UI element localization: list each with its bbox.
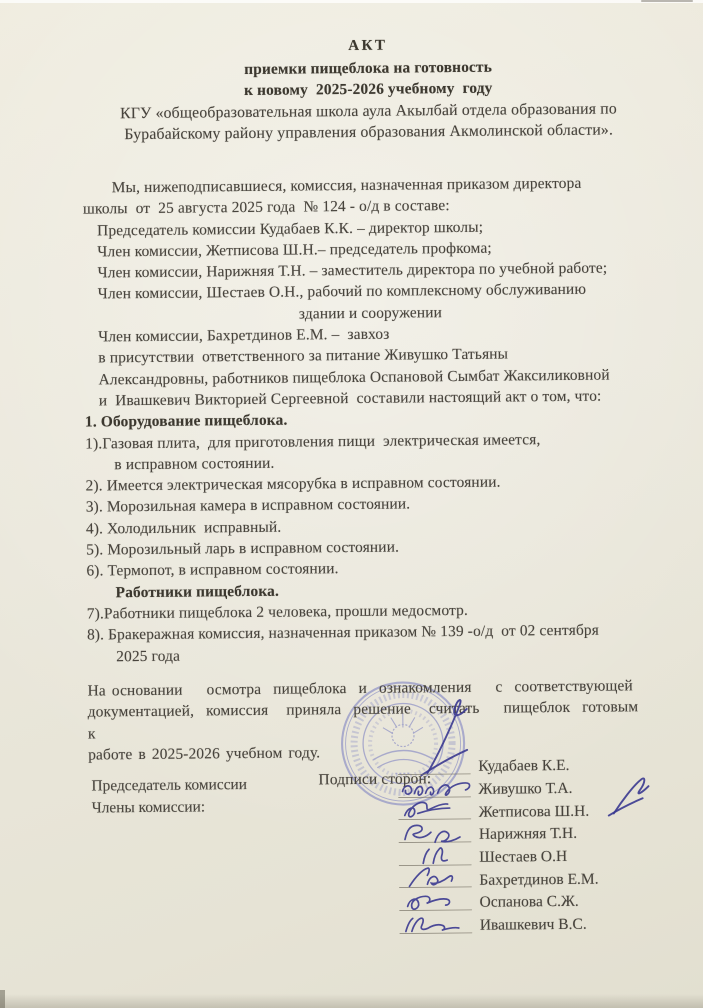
signatory-name: Оспанова С.Ж.: [480, 893, 579, 912]
signature-ink-icon: [397, 866, 475, 893]
signature-ink-icon: [397, 889, 475, 916]
signatory-name: Нарижняя Т.Н.: [479, 825, 577, 844]
signatory-row: Нарижняя Т.Н.: [479, 823, 598, 847]
signatory-row: Оспанова С.Ж.: [480, 891, 599, 915]
document-text: АКТ приемки пищеблока на готовность к но…: [81, 0, 662, 793]
photo-corner-shadow: [0, 990, 5, 1008]
signatory-name: Шестаев О.Н: [479, 848, 567, 867]
signatory-name: Жетписова Ш.Н.: [479, 802, 590, 821]
signatory-name: Ивашкевич В.С.: [480, 916, 587, 935]
document-header: АКТ приемки пищеблока на готовность к но…: [81, 33, 655, 146]
signatory-row: Ивашкевич В.С.: [480, 913, 599, 937]
signature-ink-icon: [397, 821, 475, 848]
conclusion-line: работе в 2025-2026 учебном году.: [88, 739, 661, 766]
signatures-heading-text: Подписи сторон:: [88, 766, 661, 793]
signature-ink-icon: [397, 844, 475, 871]
scanned-document-page: АКТ приемки пищеблока на готовность к но…: [0, 0, 703, 1008]
signatory-name: Бахретдинов Е.М.: [479, 870, 598, 889]
document-body: Мы, нижеподписавшиеся, комиссия, назначе…: [83, 172, 661, 667]
signatory-row: Шестаев О.Н: [479, 845, 598, 869]
signatory-row: Жетписова Ш.Н.: [479, 800, 598, 824]
signatory-row: Бахретдинов Е.М.: [479, 868, 598, 892]
signature-role-label-members: Члены комиссии:: [92, 798, 206, 817]
conclusion-paragraph: На основании осмотра пищеблока и ознаком…: [87, 675, 661, 766]
signatures-heading: Подписи сторон:: [88, 766, 661, 793]
organization-name-line-2: Бурабайскому району управления образован…: [82, 119, 655, 146]
conclusion-line: документацией, комиссия приняла решение …: [88, 696, 661, 744]
document-content: АКТ приемки пищеблока на готовность к но…: [0, 0, 703, 1008]
signature-ink-icon: [398, 912, 476, 939]
